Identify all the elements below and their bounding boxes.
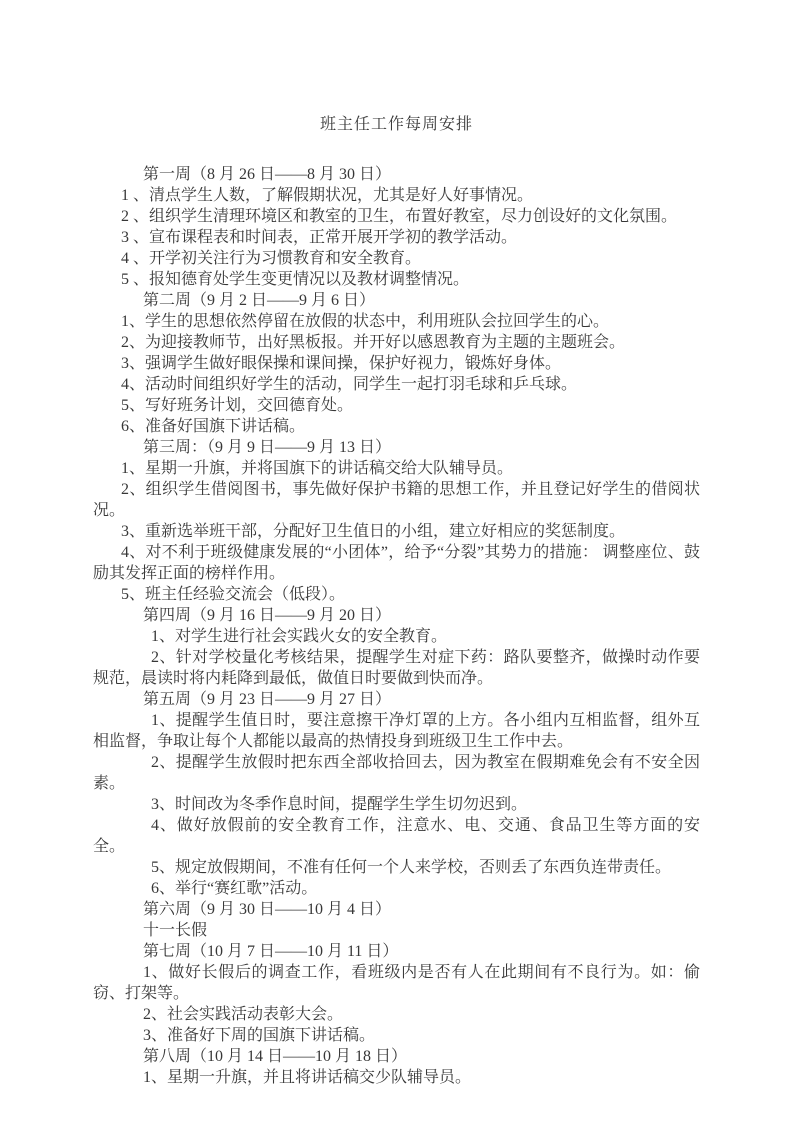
week-item: 2、针对学校量化考核结果，提醒学生对症下药：路队要整齐，做操时动作要规范，晨读时… — [93, 647, 700, 689]
week-header: 第一周（8 月 26 日——8 月 30 日） — [93, 164, 700, 185]
week-item: 3、强调学生做好眼保操和课间操，保护好视力，锻炼好身体。 — [93, 353, 700, 374]
week-item: 5 、报知德育处学生变更情况以及教材调整情况。 — [93, 269, 700, 290]
week-item: 4 、开学初关注行为习惯教育和安全教育。 — [93, 248, 700, 269]
week-item: 4、活动时间组织好学生的活动，同学生一起打羽毛球和乒乓球。 — [93, 374, 700, 395]
week-item: 1、做好长假后的调查工作，看班级内是否有人在此期间有不良行为。如：偷窃、打架等。 — [93, 962, 700, 1004]
week-item: 1、星期一升旗，并将国旗下的讲话稿交给大队辅导员。 — [93, 458, 700, 479]
week-header: 第七周（10 月 7 日——10 月 11 日） — [93, 941, 700, 962]
week-item: 1、提醒学生值日时，要注意擦干净灯罩的上方。各小组内互相监督，组外互相监督，争取… — [93, 710, 700, 752]
week-item: 2、社会实践活动表彰大会。 — [93, 1004, 700, 1025]
week-item: 2 、组织学生清理环境区和教室的卫生，布置好教室，尽力创设好的文化氛围。 — [93, 206, 700, 227]
week-item: 十一长假 — [93, 920, 700, 941]
week-item: 5、规定放假期间，不准有任何一个人来学校，否则丢了东西负连带责任。 — [93, 857, 700, 878]
document-title: 班主任工作每周安排 — [93, 114, 700, 135]
week-item: 3、重新选举班干部，分配好卫生值日的小组，建立好相应的奖惩制度。 — [93, 521, 700, 542]
week-header: 第三周：（9 月 9 日——9 月 13 日） — [93, 437, 700, 458]
week-item: 2、组织学生借阅图书，事先做好保护书籍的思想工作，并且登记好学生的借阅状况。 — [93, 479, 700, 521]
week-item: 1、学生的思想依然停留在放假的状态中，利用班队会拉回学生的心。 — [93, 311, 700, 332]
week-item: 2、为迎接教师节，出好黑板报。并开好以感恩教育为主题的主题班会。 — [93, 332, 700, 353]
document-page: 班主任工作每周安排 第一周（8 月 26 日——8 月 30 日）1 、清点学生… — [0, 0, 793, 1122]
week-header: 第四周（9 月 16 日——9 月 20 日） — [93, 605, 700, 626]
week-item: 5、写好班务计划，交回德育处。 — [93, 395, 700, 416]
document-body: 第一周（8 月 26 日——8 月 30 日）1 、清点学生人数，了解假期状况，… — [93, 164, 700, 1088]
week-item: 3、准备好下周的国旗下讲话稿。 — [93, 1025, 700, 1046]
week-item: 1、星期一升旗，并且将讲话稿交少队辅导员。 — [93, 1067, 700, 1088]
week-header: 第六周（9 月 30 日——10 月 4 日） — [93, 899, 700, 920]
week-item: 1 、清点学生人数，了解假期状况，尤其是好人好事情况。 — [93, 185, 700, 206]
week-item: 5、班主任经验交流会（低段）。 — [93, 584, 700, 605]
week-item: 2、提醒学生放假时把东西全部收拾回去，因为教室在假期难免会有不安全因素。 — [93, 752, 700, 794]
week-item: 4、对不利于班级健康发展的“小团体”，给予“分裂”其势力的措施： 调整座位、鼓励… — [93, 542, 700, 584]
week-header: 第五周（9 月 23 日——9 月 27 日） — [93, 689, 700, 710]
week-item: 3、时间改为冬季作息时间，提醒学生学生切勿迟到。 — [93, 794, 700, 815]
week-item: 3 、宣布课程表和时间表，正常开展开学初的教学活动。 — [93, 227, 700, 248]
week-item: 1、对学生进行社会实践火女的安全教育。 — [93, 626, 700, 647]
week-item: 6、举行“赛红歌”活动。 — [93, 878, 700, 899]
week-item: 6、准备好国旗下讲话稿。 — [93, 416, 700, 437]
week-header: 第八周（10 月 14 日——10 月 18 日） — [93, 1046, 700, 1067]
week-item: 4、做好放假前的安全教育工作，注意水、电、交通、食品卫生等方面的安全。 — [93, 815, 700, 857]
document-content: 班主任工作每周安排 第一周（8 月 26 日——8 月 30 日）1 、清点学生… — [93, 114, 700, 1088]
week-header: 第二周（9 月 2 日——9 月 6 日） — [93, 290, 700, 311]
